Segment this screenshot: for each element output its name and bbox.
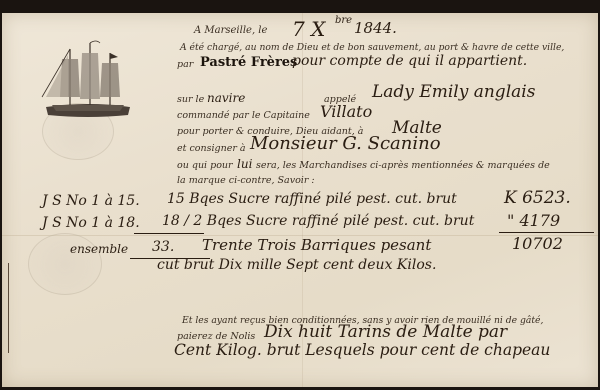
total-rule-left: [134, 233, 204, 234]
ship-name: Lady Emily anglais: [372, 82, 535, 102]
total-weight-words: cut brut Dix mille Sept cent deux Kilos.: [157, 257, 436, 273]
sera-label: sera, les Marchandises ci-après mentionn…: [256, 160, 550, 171]
cargo-description-1: 15 Bqes Sucre raffiné pilé pest. cut. br…: [167, 191, 457, 207]
date-superscript: bre: [335, 15, 352, 26]
sur-le-label: sur le: [177, 94, 204, 105]
cargo-weight-1: K 6523.: [504, 188, 571, 208]
loaded-line: A été chargé, au nom de Dieu et de bon s…: [180, 42, 564, 53]
total-label: ensemble: [70, 242, 128, 256]
date-handwritten: 7 X: [292, 17, 325, 41]
cargo-description-2: 18 / 2 Bqes Sucre raffiné pilé pest. cut…: [162, 213, 474, 229]
par-label: par: [177, 59, 193, 70]
year: 1844.: [354, 19, 397, 37]
pour-compte: pour compte de qui il appartient.: [292, 53, 527, 69]
total-rule-right: [499, 232, 594, 233]
place-prefix: A Marseille, le: [194, 25, 267, 36]
total-count: 33.: [152, 239, 174, 255]
total-words: Trente Trois Barriques pesant: [202, 236, 431, 254]
navire: navire: [207, 91, 245, 105]
ou-qui-label: ou qui pour: [177, 160, 233, 171]
marque-label: la marque ci-contre, Savoir :: [177, 175, 315, 186]
cargo-weight-2: " 4179: [507, 211, 560, 230]
shipper-name: Pastré Frères: [200, 55, 297, 70]
lui: lui: [237, 157, 252, 171]
nolis-line-1: Dix huit Tarins de Malte par: [264, 322, 507, 342]
nolis-line-2: Cent Kilog. brut Lesquels pour cent de c…: [174, 341, 550, 359]
consignee: Monsieur G. Scanino: [250, 133, 441, 154]
total-weight: 10702: [512, 234, 563, 253]
cargo-marks-2: J S No 1 à 18.: [42, 215, 140, 231]
captain-label: commandé par le Capitaine: [177, 110, 310, 121]
margin-line: [8, 263, 9, 353]
cargo-marks-1: J S No 1 à 15.: [42, 193, 140, 209]
consignee-label: et consigner à: [177, 143, 246, 154]
bill-of-lading-paper: A Marseille, le 7 X bre 1844. A été char…: [2, 13, 598, 387]
ship-engraving-icon: [38, 35, 138, 120]
captain-name: Villato: [320, 102, 372, 121]
